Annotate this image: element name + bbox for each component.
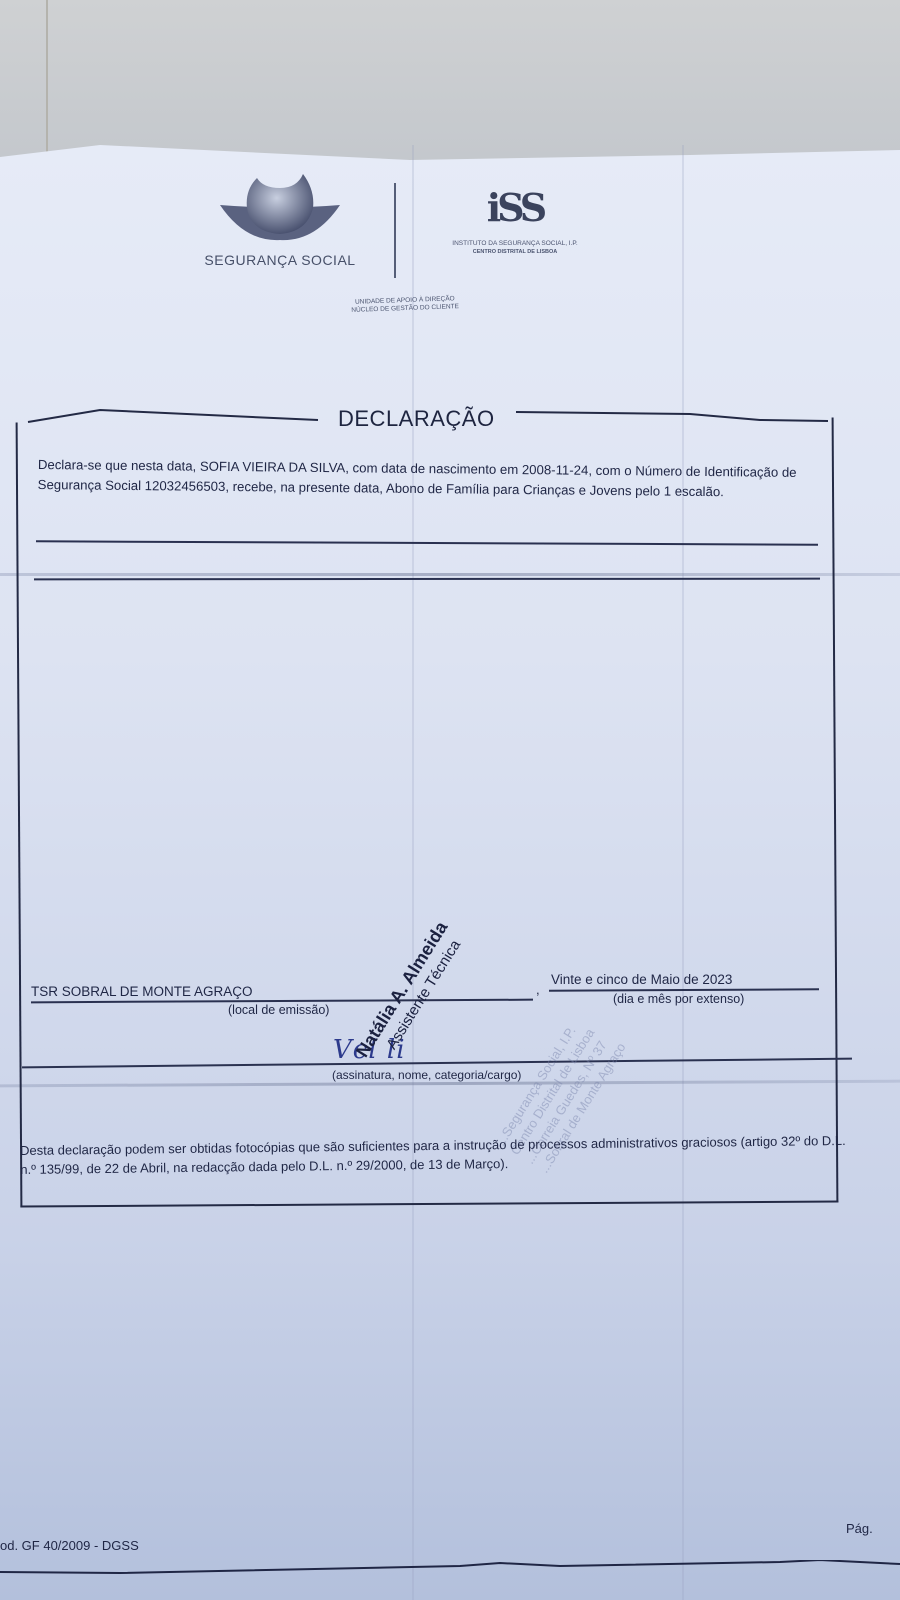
iss-mark: iSS — [430, 188, 600, 228]
globe-emblem-icon — [215, 170, 345, 242]
separator: , — [536, 982, 540, 997]
seguranca-social-logo: SEGURANÇA SOCIAL — [195, 170, 365, 280]
signature-label: (assinatura, nome, categoria/cargo) — [332, 1068, 521, 1082]
issue-date: Vinte e cinco de Maio de 2023 — [551, 972, 732, 987]
page-label: Pág. — [846, 1521, 873, 1536]
seguranca-social-wordmark: SEGURANÇA SOCIAL — [195, 252, 365, 268]
header-divider — [394, 183, 396, 278]
footer-rule — [0, 1560, 900, 1580]
declaration-frame — [16, 418, 839, 1208]
iss-logo: iSS INSTITUTO DA SEGURANÇA SOCIAL, I.P. … — [430, 188, 600, 255]
form-code: od. GF 40/2009 - DGSS — [0, 1538, 139, 1553]
issue-date-label: (dia e mês por extenso) — [613, 992, 744, 1006]
place-of-issue: TSR SOBRAL DE MONTE AGRAÇO — [31, 984, 253, 999]
iss-name: INSTITUTO DA SEGURANÇA SOCIAL, I.P. — [430, 240, 600, 247]
wall-seam — [46, 0, 48, 160]
iss-subtitle: CENTRO DISTRITAL DE LISBOA — [430, 249, 600, 255]
declaration-body: Declara-se que nesta data, SOFIA VIEIRA … — [38, 455, 818, 503]
document-title: DECLARAÇÃO — [338, 406, 495, 432]
place-of-issue-label: (local de emissão) — [228, 1003, 329, 1017]
